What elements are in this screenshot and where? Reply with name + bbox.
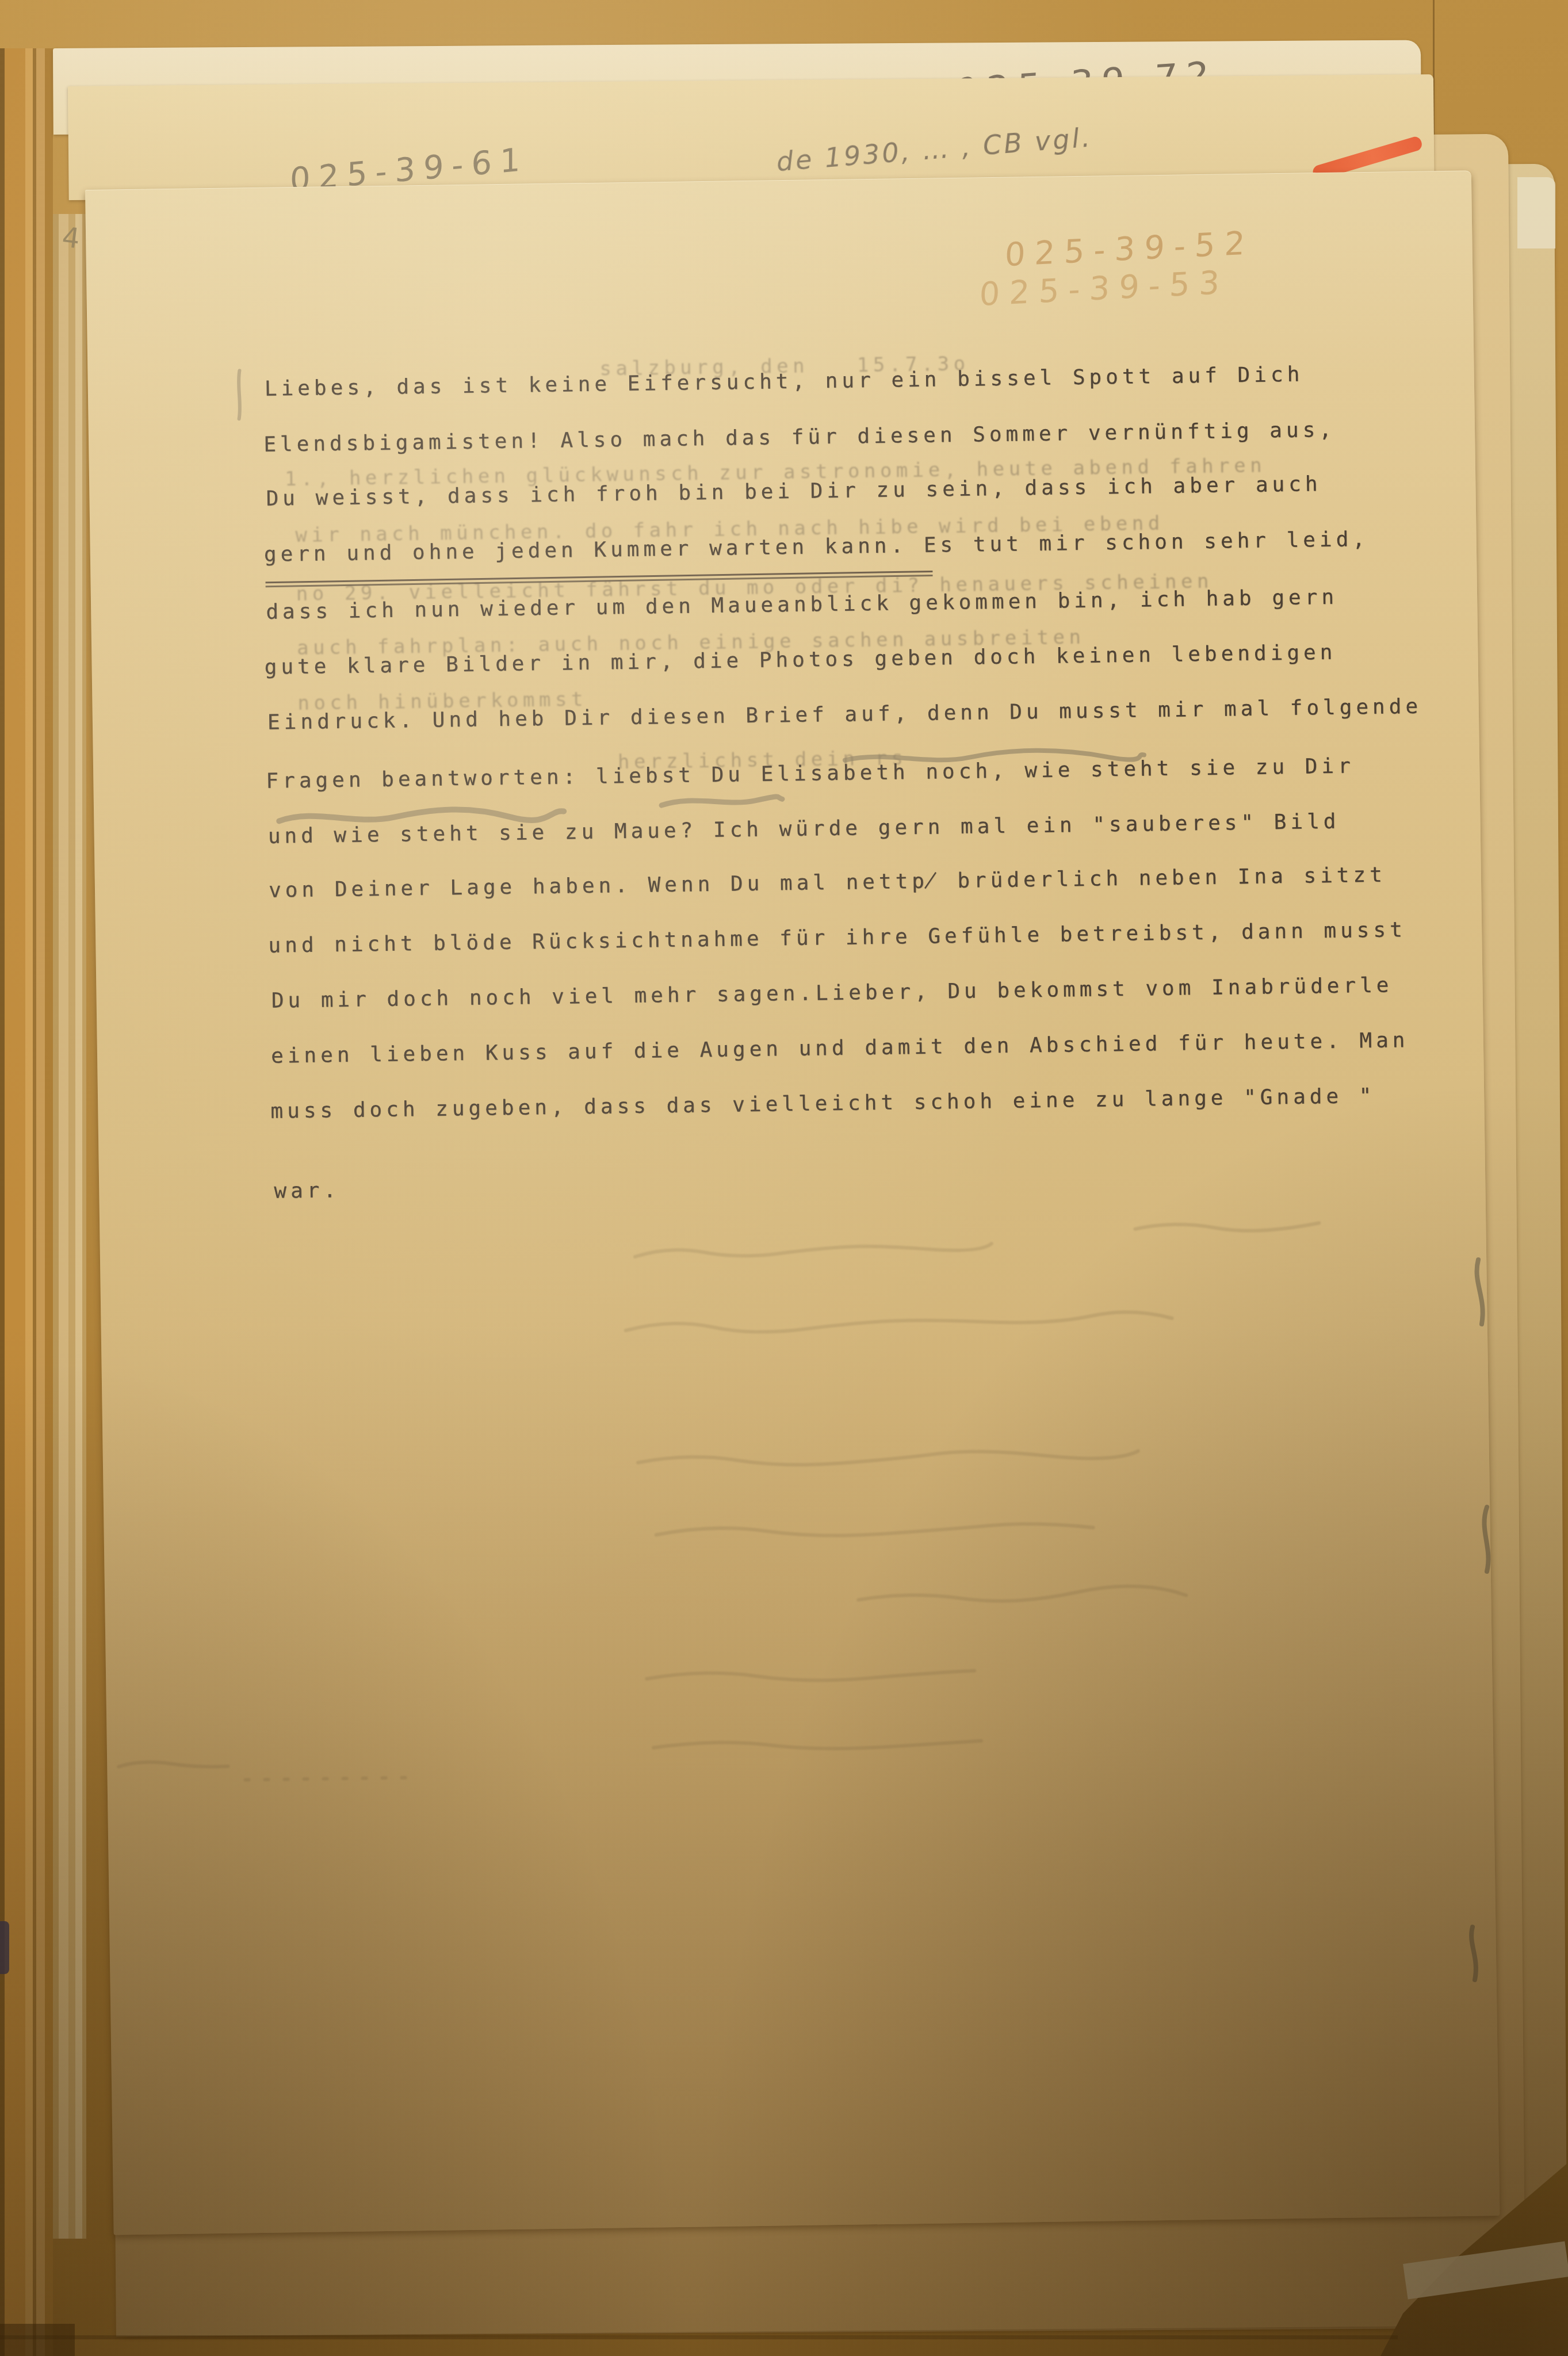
- archive-photo: 025-39-72 025-39-61 de 1930, … , CB vgl.…: [0, 0, 1568, 2356]
- sheet-edge-bottom: [0, 2335, 1398, 2339]
- right-edge-ink-hooks: [0, 0, 1568, 2356]
- shadow-bottom-left: [0, 2324, 75, 2356]
